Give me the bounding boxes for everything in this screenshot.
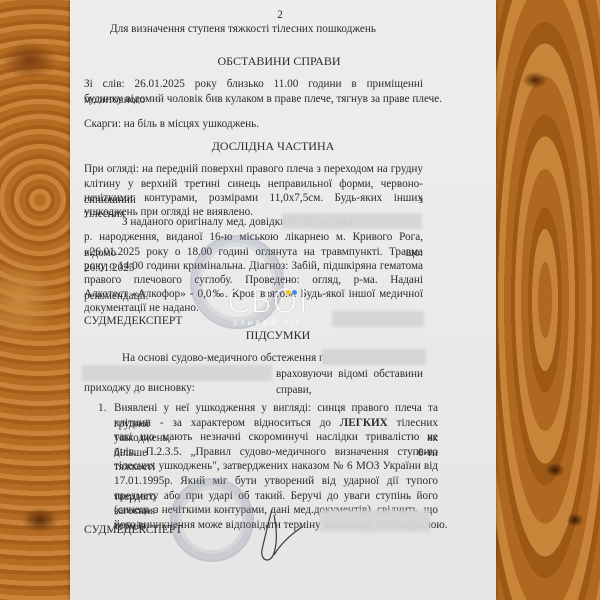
redacted-name xyxy=(322,349,426,365)
signature xyxy=(250,505,310,570)
wooden-desk-background xyxy=(495,0,600,600)
circumstances-line: будинку відомий чоловік бив кулаком в пр… xyxy=(84,92,442,108)
yellow-dot-icon xyxy=(286,290,291,295)
document-header: Для визначення ступеня тяжкості тілесних… xyxy=(110,22,376,38)
watermark: СВОЇ КРИВИЙ РІГ xyxy=(218,284,318,327)
summary-intro: приходжу до висновку: xyxy=(84,381,195,397)
emphasis-legkykh: ЛЕГКИХ xyxy=(340,417,388,429)
watermark-subtitle: КРИВИЙ РІГ xyxy=(218,319,318,327)
complaints: Скарги: на біль в місцях ушкоджень. xyxy=(84,117,259,133)
section-title-circumstances: ОБСТАВИНИ СПРАВИ xyxy=(62,54,496,70)
section-title-summary: ПІДСУМКИ xyxy=(60,328,496,344)
redacted-name xyxy=(282,213,422,229)
blue-dot-icon xyxy=(292,290,297,295)
watermark-dots xyxy=(286,282,298,300)
redacted-name xyxy=(82,365,272,381)
conclusion-line: тілесних ушкоджень", затверджених наказо… xyxy=(114,459,438,475)
redacted-signer-name xyxy=(332,311,424,327)
watermark-logo: СВОЇ xyxy=(218,284,318,318)
exam-line: При огляді: на передній поверхні правого… xyxy=(84,162,423,178)
redacted-signer-name xyxy=(320,510,430,532)
section-title-research: ДОСЛІДНА ЧАСТИНА xyxy=(50,139,496,155)
signer-label: СУДМЕДЕКСПЕРТ xyxy=(84,523,182,539)
conclusion-number: 1. xyxy=(98,401,106,417)
summary-intro: враховуючи відомі обставини справи, xyxy=(276,367,423,398)
official-stamp xyxy=(170,478,254,562)
